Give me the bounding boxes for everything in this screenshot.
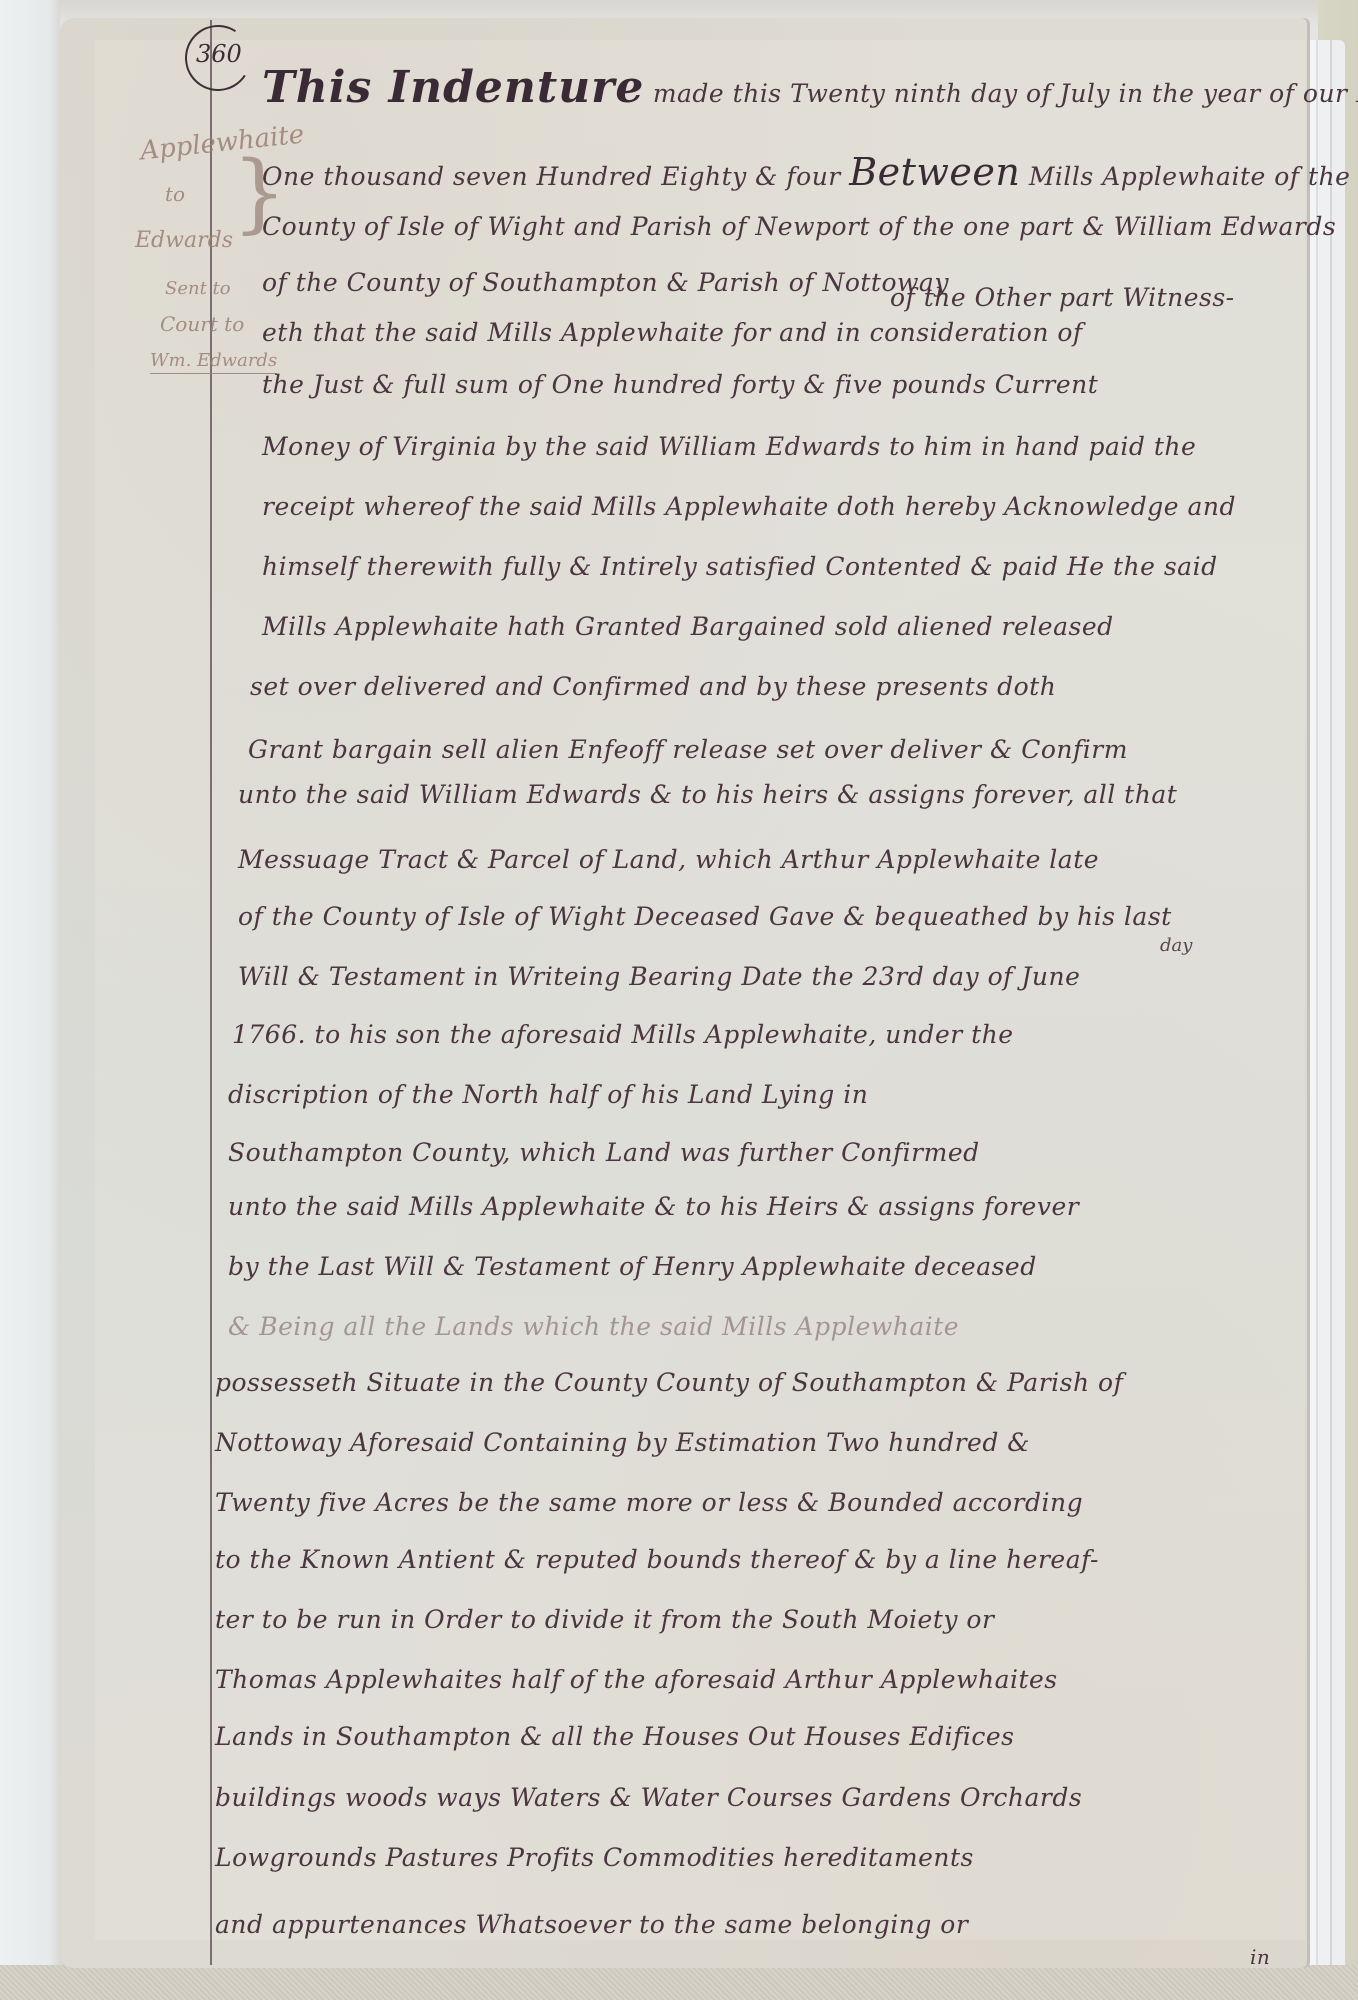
text-line-3: County of Isle of Wight and Parish of Ne… — [262, 212, 1336, 241]
text-line-22: & Being all the Lands which the said Mil… — [228, 1312, 959, 1341]
heading-this-indenture: This Indenture — [262, 62, 644, 113]
text-line-15: of the County of Isle of Wight Deceased … — [238, 902, 1172, 931]
line-2-rest: Mills Applewhaite of the — [1029, 162, 1351, 191]
text-line-4b: of the Other part Witness- — [890, 283, 1235, 312]
text-line-23: possesseth Situate in the County County … — [215, 1368, 1123, 1397]
line-2-text: One thousand seven Hundred Eighty & four — [262, 162, 841, 191]
margin-note-court-to: Court to — [160, 312, 244, 336]
text-line-30: buildings woods ways Waters & Water Cour… — [215, 1783, 1082, 1812]
cloth-backdrop — [0, 1965, 1358, 2000]
text-line-25: Twenty five Acres be the same more or le… — [215, 1488, 1083, 1517]
text-line-11: set over delivered and Confirmed and by … — [250, 672, 1056, 701]
margin-note-sent-to: Sent to — [165, 278, 231, 299]
catchword: in — [1250, 1945, 1270, 1969]
text-line-13: unto the said William Edwards & to his h… — [238, 780, 1177, 809]
text-line-5: eth that the said Mills Applewhaite for … — [262, 318, 1083, 347]
margin-note-to: to — [165, 182, 185, 206]
text-line-9: himself therewith fully & Intirely satis… — [262, 552, 1218, 581]
text-line-31: Lowgrounds Pastures Profits Commodities … — [215, 1843, 974, 1872]
margin-note-edwards: Edwards — [135, 228, 233, 253]
text-line-21: by the Last Will & Testament of Henry Ap… — [228, 1252, 1037, 1281]
folio-number: 360 — [196, 40, 242, 68]
text-line-17: 1766. to his son the aforesaid Mills App… — [232, 1020, 1014, 1049]
text-line-27: ter to be run in Order to divide it from… — [215, 1605, 994, 1634]
text-line-24: Nottoway Aforesaid Containing by Estimat… — [215, 1428, 1030, 1457]
text-line-4: of the County of Southampton & Parish of… — [262, 268, 949, 297]
text-line-28: Thomas Applewhaites half of the aforesai… — [215, 1665, 1058, 1694]
text-line-2: One thousand seven Hundred Eighty & four… — [262, 150, 1350, 194]
text-line-7: Money of Virginia by the said William Ed… — [262, 432, 1196, 461]
text-line-8: receipt whereof the said Mills Applewhai… — [262, 492, 1236, 521]
text-line-1: This Indenture made this Twenty ninth da… — [262, 62, 1358, 113]
text-line-19: Southampton County, which Land was furth… — [228, 1138, 980, 1167]
text-line-26: to the Known Antient & reputed bounds th… — [215, 1545, 1099, 1574]
text-line-16: Will & Testament in Writeing Bearing Dat… — [238, 962, 1080, 991]
heading-between: Between — [849, 150, 1020, 194]
line-1-text: made this Twenty ninth day of July in th… — [653, 79, 1358, 108]
text-line-10: Mills Applewhaite hath Granted Bargained… — [262, 612, 1114, 641]
text-line-18: discription of the North half of his Lan… — [228, 1080, 868, 1109]
text-line-32: and appurtenances Whatsoever to the same… — [215, 1910, 968, 1939]
text-line-14: Messuage Tract & Parcel of Land, which A… — [238, 845, 1099, 874]
text-line-29: Lands in Southampton & all the Houses Ou… — [215, 1722, 1014, 1751]
interlinear-insert-day: day — [1160, 935, 1192, 956]
text-line-12: Grant bargain sell alien Enfeoff release… — [248, 735, 1128, 764]
text-line-20: unto the said Mills Applewhaite & to his… — [228, 1192, 1079, 1221]
text-line-6: the Just & full sum of One hundred forty… — [262, 370, 1098, 399]
margin-note-wm-edwards: Wm. Edwards — [150, 350, 277, 374]
